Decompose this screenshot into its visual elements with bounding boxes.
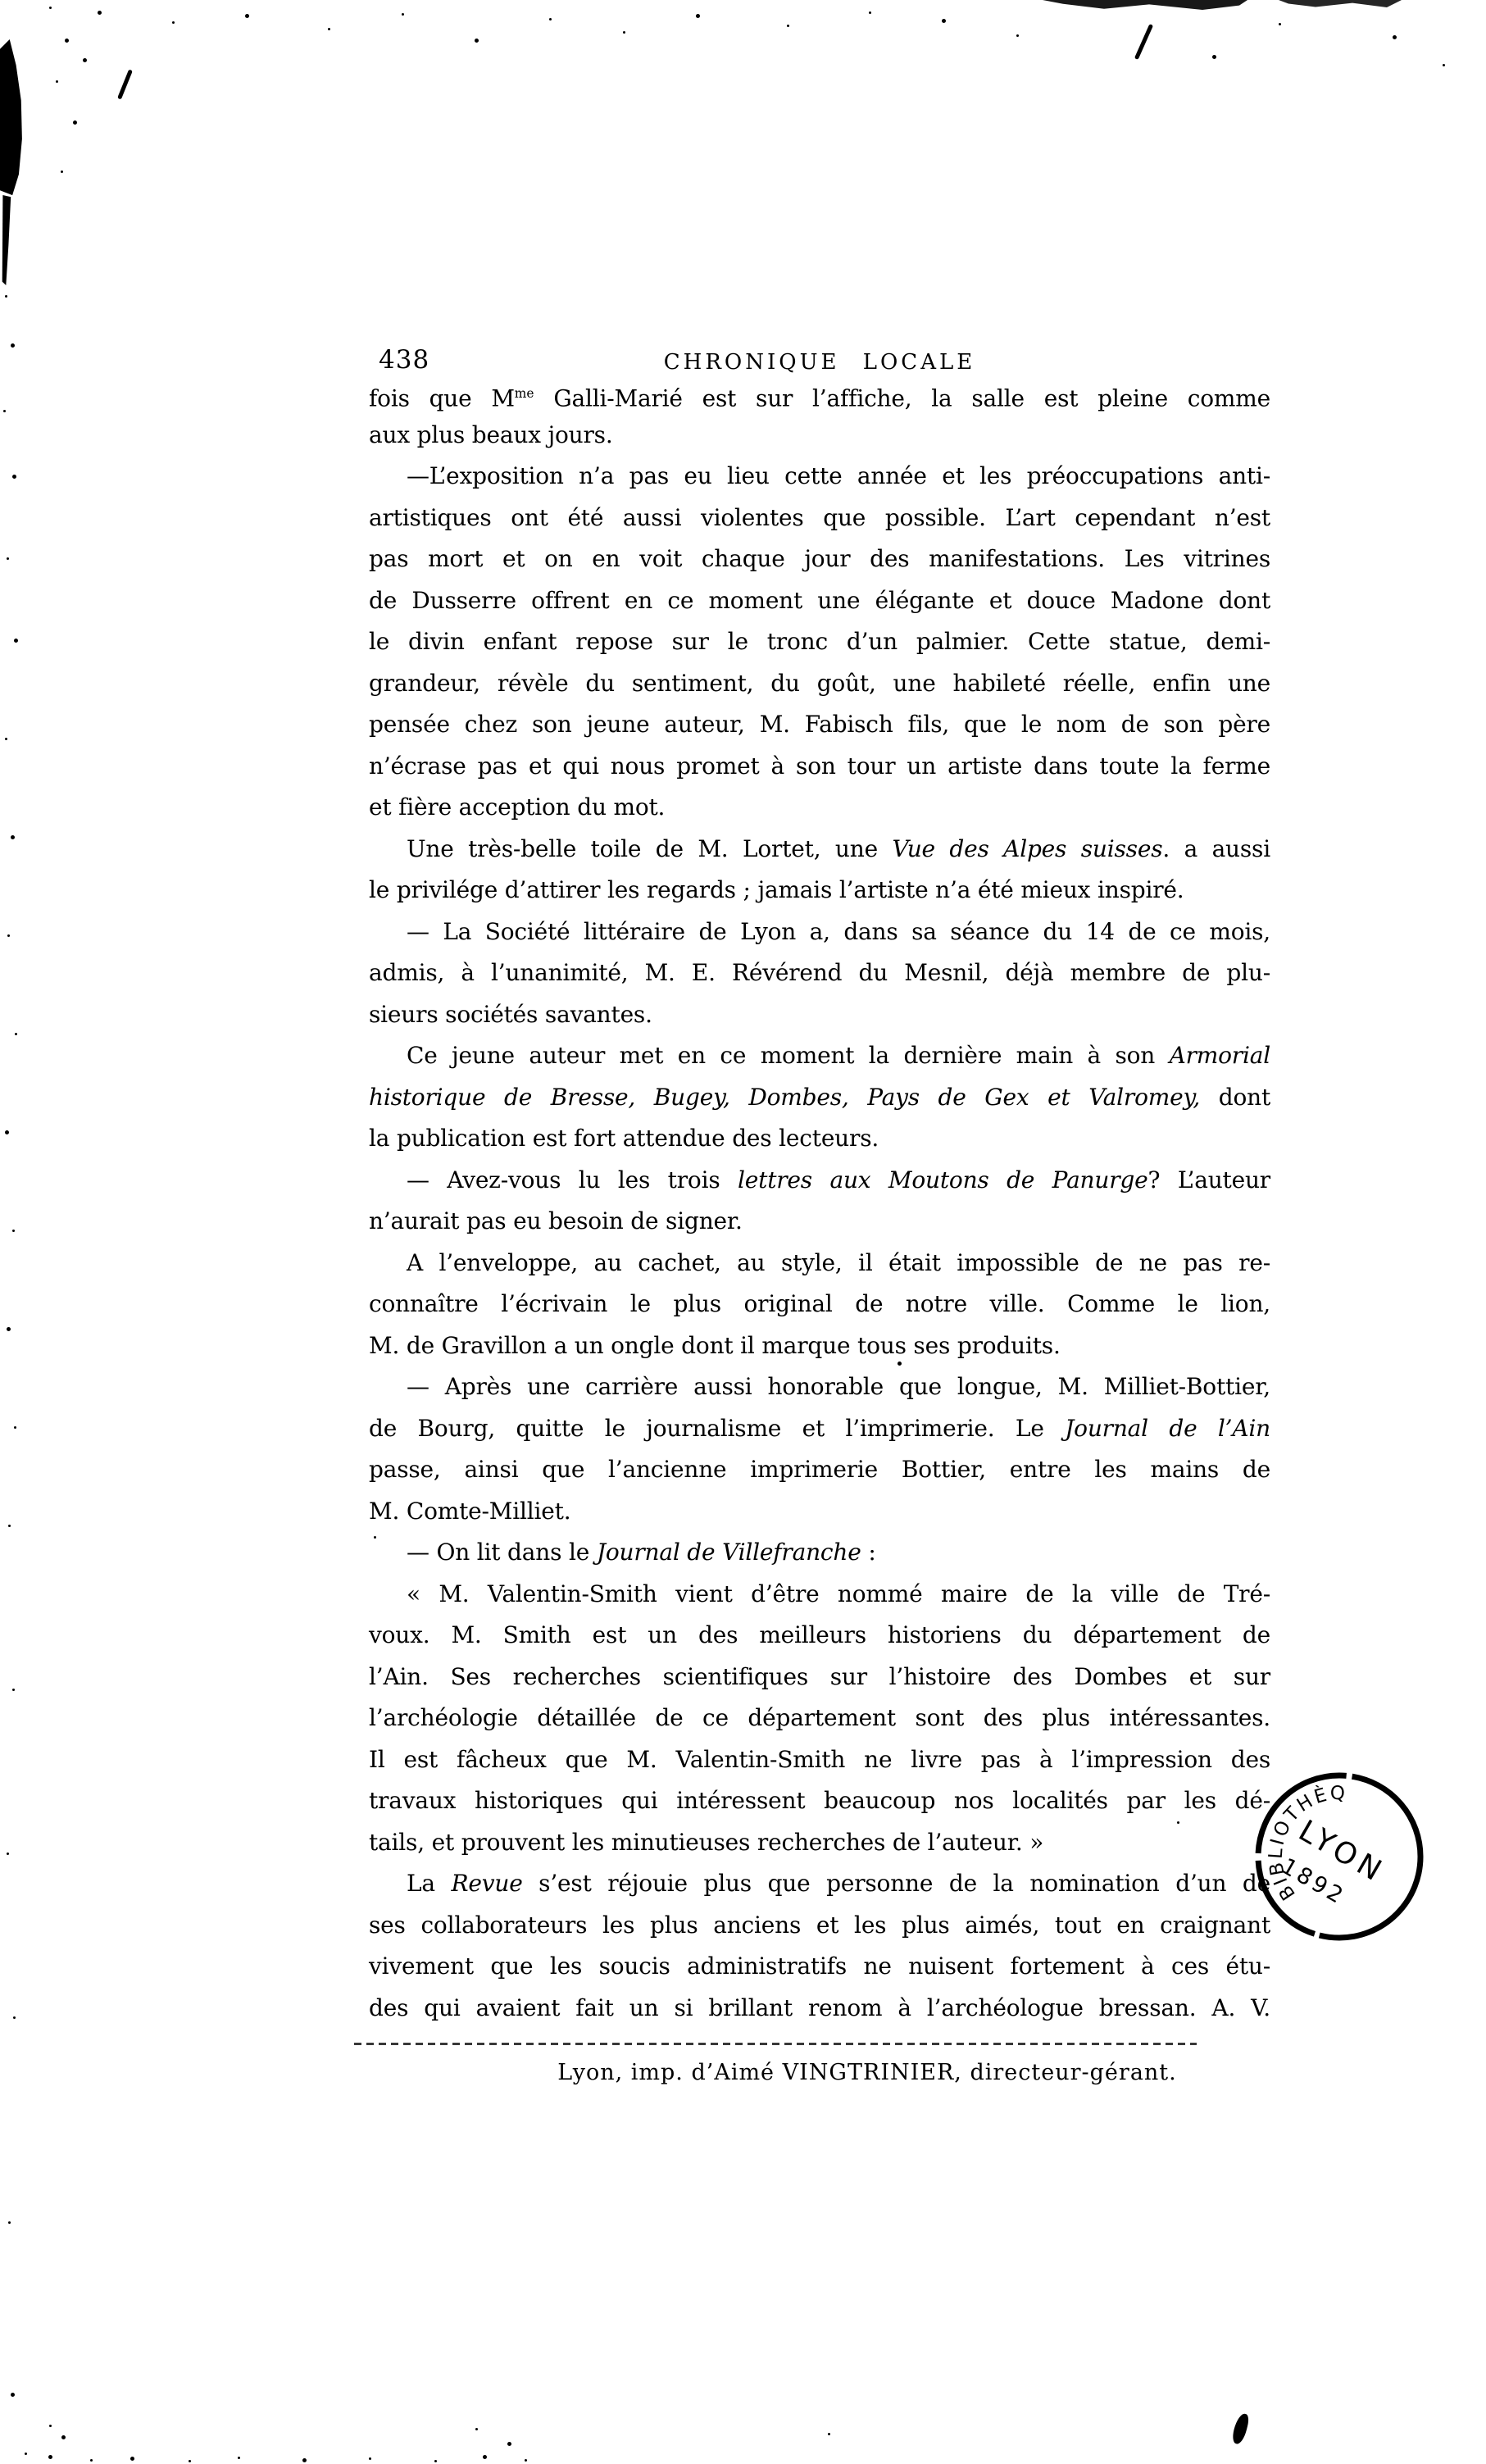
- text-line: aux plus beaux jours.: [369, 415, 1270, 457]
- scanned-book-page: 438 CHRONIQUE LOCALE fois que Mme Galli-…: [0, 0, 1486, 2464]
- text-segment: le privilége d’attirer les regards ; jam…: [369, 876, 1184, 903]
- ink-blot: [1231, 2412, 1251, 2446]
- text-line: M. de Gravillon a un ongle dont il marqu…: [369, 1325, 1270, 1367]
- text-segment: de Dusserre offrent en ce moment une élé…: [369, 587, 1270, 614]
- text-line: — La Société littéraire de Lyon a, dans …: [369, 911, 1270, 953]
- printer-imprint: Lyon, imp. d’Aimé VINGTRINIER, directeur…: [416, 2060, 1318, 2085]
- text-segment: la publication est fort attendue des lec…: [369, 1125, 879, 1152]
- text-segment: pas mort et on en voit chaque jour des m…: [369, 545, 1270, 572]
- italic-text: Vue des Alpes suisses: [892, 835, 1162, 862]
- text-line: le divin enfant repose sur le tronc d’un…: [369, 621, 1270, 663]
- paragraph: — La Société littéraire de Lyon a, dans …: [369, 911, 1270, 1036]
- scan-speckles: [25, 2453, 27, 2455]
- text-line: M. Comte-Milliet.: [369, 1491, 1270, 1533]
- text-segment: le divin enfant repose sur le tronc d’un…: [369, 628, 1270, 655]
- text-segment: — Avez-vous lu les trois: [407, 1166, 738, 1193]
- text-segment: pensée chez son jeune auteur, M. Fabisch…: [369, 711, 1270, 738]
- text-line: « M. Valentin-Smith vient d’être nommé m…: [369, 1574, 1270, 1616]
- text-line: connaître l’écrivain le plus original de…: [369, 1284, 1270, 1325]
- text-line: ses collaborateurs les plus anciens et l…: [369, 1905, 1270, 1947]
- scan-speckles: [5, 295, 7, 298]
- scan-noise-tick: [117, 69, 133, 99]
- italic-text: Journal de Villefranche: [597, 1539, 861, 1566]
- italic-text: lettres aux Moutons de Panurge: [738, 1166, 1148, 1193]
- text-segment: aux plus beaux jours.: [369, 421, 613, 448]
- text-segment: Ce jeune auteur met en ce moment la dern…: [407, 1042, 1170, 1069]
- italic-text: Armorial: [1170, 1042, 1270, 1069]
- text-segment: s’est réjouie plus que personne de la no…: [523, 1870, 1270, 1897]
- text-line: pas mort et on en voit chaque jour des m…: [369, 539, 1270, 580]
- text-line: La Revue s’est réjouie plus que personne…: [369, 1863, 1270, 1905]
- text-line: n’écrase pas et qui nous promet à son to…: [369, 746, 1270, 788]
- paragraph: Une très-belle toile de M. Lortet, une V…: [369, 829, 1270, 911]
- text-segment: — On lit dans le: [407, 1539, 597, 1566]
- text-line: travaux historiques qui intéressent beau…: [369, 1780, 1270, 1822]
- text-line: vivement que les soucis administratifs n…: [369, 1946, 1270, 1988]
- text-segment: — Après une carrière aussi honorable que…: [407, 1373, 1270, 1400]
- text-line: grandeur, révèle du sentiment, du goût, …: [369, 663, 1270, 705]
- paragraph: A l’enveloppe, au cachet, au style, il é…: [369, 1243, 1270, 1367]
- library-stamp: BIBLIOTHÈQUE DE LA VILLE LYON 1892: [1252, 1762, 1434, 1959]
- paragraph: — Avez-vous lu les trois lettres aux Mou…: [369, 1160, 1270, 1243]
- text-segment: et fière acception du mot.: [369, 793, 665, 821]
- paragraph: fois que Mme Galli-Marié est sur l’affic…: [369, 373, 1270, 456]
- text-segment: n’écrase pas et qui nous promet à son to…: [369, 752, 1270, 780]
- text-segment: La: [407, 1870, 452, 1897]
- text-line: — Avez-vous lu les trois lettres aux Mou…: [369, 1160, 1270, 1202]
- scan-noise-tick: [1134, 24, 1153, 60]
- text-line: et fière acception du mot.: [369, 787, 1270, 829]
- text-line: le privilége d’attirer les regards ; jam…: [369, 870, 1270, 911]
- text-segment: vivement que les soucis administratifs n…: [369, 1953, 1270, 1980]
- text-line: admis, à l’unanimité, M. E. Révérend du …: [369, 952, 1270, 994]
- paragraph: « M. Valentin-Smith vient d’être nommé m…: [369, 1574, 1270, 1864]
- paragraph: — Après une carrière aussi honorable que…: [369, 1366, 1270, 1532]
- italic-text: historique de Bresse, Bugey, Dombes, Pay…: [369, 1084, 1200, 1111]
- text-segment: dont: [1200, 1084, 1270, 1111]
- text-segment: l’archéologie détaillée de ce départemen…: [369, 1704, 1270, 1731]
- text-line: pensée chez son jeune auteur, M. Fabisch…: [369, 704, 1270, 746]
- text-line: —L’exposition n’a pas eu lieu cette anné…: [369, 456, 1270, 498]
- text-segment: connaître l’écrivain le plus original de…: [369, 1290, 1270, 1317]
- text-segment: Une très-belle toile de M. Lortet, une: [407, 835, 892, 862]
- text-line: tails, et prouvent les minutieuses reche…: [369, 1822, 1270, 1864]
- text-segment: de Bourg, quitte le journalisme et l’imp…: [369, 1415, 1065, 1442]
- text-line: de Bourg, quitte le journalisme et l’imp…: [369, 1408, 1270, 1450]
- running-title: CHRONIQUE LOCALE: [664, 350, 975, 375]
- text-segment: ses collaborateurs les plus anciens et l…: [369, 1912, 1270, 1939]
- text-segment: . a aussi: [1162, 835, 1270, 862]
- footer-rule: [354, 2043, 1197, 2045]
- paragraph: —L’exposition n’a pas eu lieu cette anné…: [369, 456, 1270, 829]
- page-number: 438: [379, 345, 429, 375]
- text-segment: n’aurait pas eu besoin de signer.: [369, 1207, 743, 1234]
- text-column: fois que Mme Galli-Marié est sur l’affic…: [369, 373, 1270, 2029]
- paragraph: Ce jeune auteur met en ce moment la dern…: [369, 1035, 1270, 1160]
- superscript-text: me: [515, 386, 534, 401]
- text-line: n’aurait pas eu besoin de signer.: [369, 1201, 1270, 1243]
- italic-text: Revue: [452, 1870, 523, 1897]
- text-line: fois que Mme Galli-Marié est sur l’affic…: [369, 373, 1270, 415]
- text-line: Il est fâcheux que M. Valentin-Smith ne …: [369, 1739, 1270, 1781]
- text-line: voux. M. Smith est un des meilleurs hist…: [369, 1615, 1270, 1657]
- text-line: artistiques ont été aussi violentes que …: [369, 498, 1270, 539]
- text-segment: —L’exposition n’a pas eu lieu cette anné…: [407, 462, 1270, 489]
- text-line: historique de Bresse, Bugey, Dombes, Pay…: [369, 1077, 1270, 1119]
- binding-streak-mark: [2, 195, 13, 285]
- text-segment: ? L’auteur: [1148, 1166, 1270, 1193]
- scan-noise-band: [1043, 0, 1247, 10]
- text-line: la publication est fort attendue des lec…: [369, 1118, 1270, 1160]
- text-line: — Après une carrière aussi honorable que…: [369, 1366, 1270, 1408]
- text-line: des qui avaient fait un si brillant reno…: [369, 1988, 1270, 2030]
- scan-noise-band: [1279, 0, 1402, 7]
- text-segment: Il est fâcheux que M. Valentin-Smith ne …: [369, 1746, 1270, 1773]
- text-segment: des qui avaient fait un si brillant reno…: [369, 1994, 1270, 2021]
- text-segment: M. Comte-Milliet.: [369, 1498, 570, 1525]
- text-line: Une très-belle toile de M. Lortet, une V…: [369, 829, 1270, 871]
- text-segment: Galli-Marié est sur l’affiche, la salle …: [534, 384, 1271, 411]
- text-line: Ce jeune auteur met en ce moment la dern…: [369, 1035, 1270, 1077]
- text-segment: sieurs sociétés savantes.: [369, 1001, 652, 1028]
- text-line: passe, ainsi que l’ancienne imprimerie B…: [369, 1449, 1270, 1491]
- text-segment: admis, à l’unanimité, M. E. Révérend du …: [369, 959, 1270, 986]
- text-line: — On lit dans le Journal de Villefranche…: [369, 1532, 1270, 1574]
- text-segment: — La Société littéraire de Lyon a, dans …: [407, 918, 1270, 945]
- binding-shadow-mark: [0, 39, 23, 200]
- paragraph: La Revue s’est réjouie plus que personne…: [369, 1863, 1270, 2029]
- text-line: l’Ain. Ses recherches scientifiques sur …: [369, 1657, 1270, 1698]
- text-line: sieurs sociétés savantes.: [369, 994, 1270, 1036]
- text-segment: « M. Valentin-Smith vient d’être nommé m…: [407, 1580, 1270, 1607]
- text-segment: passe, ainsi que l’ancienne imprimerie B…: [369, 1456, 1270, 1483]
- text-segment: travaux historiques qui intéressent beau…: [369, 1787, 1270, 1814]
- text-segment: tails, et prouvent les minutieuses reche…: [369, 1829, 1043, 1856]
- italic-text: Journal de l’Ain: [1065, 1415, 1270, 1442]
- text-line: A l’enveloppe, au cachet, au style, il é…: [369, 1243, 1270, 1284]
- text-segment: grandeur, révèle du sentiment, du goût, …: [369, 670, 1270, 697]
- text-segment: l’Ain. Ses recherches scientifiques sur …: [369, 1663, 1270, 1690]
- text-segment: :: [861, 1539, 876, 1566]
- scan-speckles: [49, 7, 52, 9]
- text-line: de Dusserre offrent en ce moment une élé…: [369, 580, 1270, 622]
- paragraph: — On lit dans le Journal de Villefranche…: [369, 1532, 1270, 1574]
- text-segment: A l’enveloppe, au cachet, au style, il é…: [407, 1249, 1270, 1276]
- text-line: l’archéologie détaillée de ce départemen…: [369, 1698, 1270, 1739]
- text-segment: artistiques ont été aussi violentes que …: [369, 504, 1270, 531]
- text-segment: voux. M. Smith est un des meilleurs hist…: [369, 1621, 1270, 1648]
- text-segment: fois que M: [369, 384, 515, 411]
- text-segment: M. de Gravillon a un ongle dont il marqu…: [369, 1332, 1061, 1359]
